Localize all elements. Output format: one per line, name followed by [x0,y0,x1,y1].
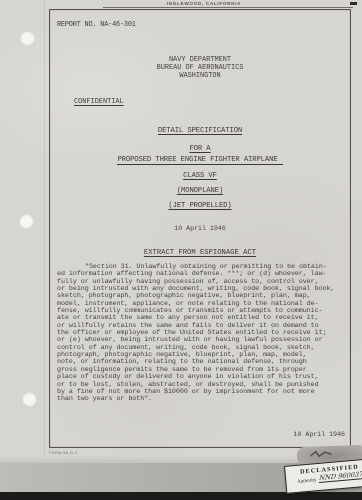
espionage-act-extract: "Section 31. Unlawfully obtaining or per… [57,264,350,404]
scanned-document-page: INGLEWOOD, CALIFORNIA REPORT NO. NA-46-3… [0,0,362,500]
agency-line: NAVY DEPARTMENT [50,56,350,64]
document-title-line: FOR A [50,145,350,153]
letterhead-city: INGLEWOOD, CALIFORNIA [104,1,304,6]
document-title-line: DETAIL SPECIFICATION [50,127,350,135]
pen-mark [310,449,332,459]
issue-date: 10 April 1946 [50,225,350,232]
document-title-line: (MONOPLANE) [50,187,350,195]
specification-border-box: REPORT NO. NA-46-301 NAVY DEPARTMENT BUR… [49,9,351,448]
document-title-line: CLASS VF [50,172,350,180]
punch-hole [22,392,37,407]
footer-date: 10 April 1946 [294,431,345,438]
report-number: REPORT NO. NA-46-301 [57,21,136,29]
letterhead-rule [103,7,353,8]
extract-heading: EXTRACT FROM ESPIONAGE ACT [50,249,350,257]
scan-black-band [0,492,362,500]
agency-line: BUREAU OF AERONAUTICS [50,64,350,72]
agency-block: NAVY DEPARTMENT BUREAU OF AERONAUTICS WA… [50,56,350,81]
stamp-authority-label: Authority [297,478,317,485]
classification-marking: CONFIDENTIAL [74,98,124,106]
document-title-line: PROPOSED THREE ENGINE FIGHTER AIRPLANE [50,156,350,164]
corner-mark [350,2,357,5]
stamp-authority-value: NND 960037 [319,471,362,483]
punch-hole [20,31,35,46]
punch-hole [19,214,34,229]
page-edge-shadow [44,0,45,463]
agency-line: WASHINGTON [50,72,350,80]
document-title-line: (JET PROPELLED) [50,202,350,210]
